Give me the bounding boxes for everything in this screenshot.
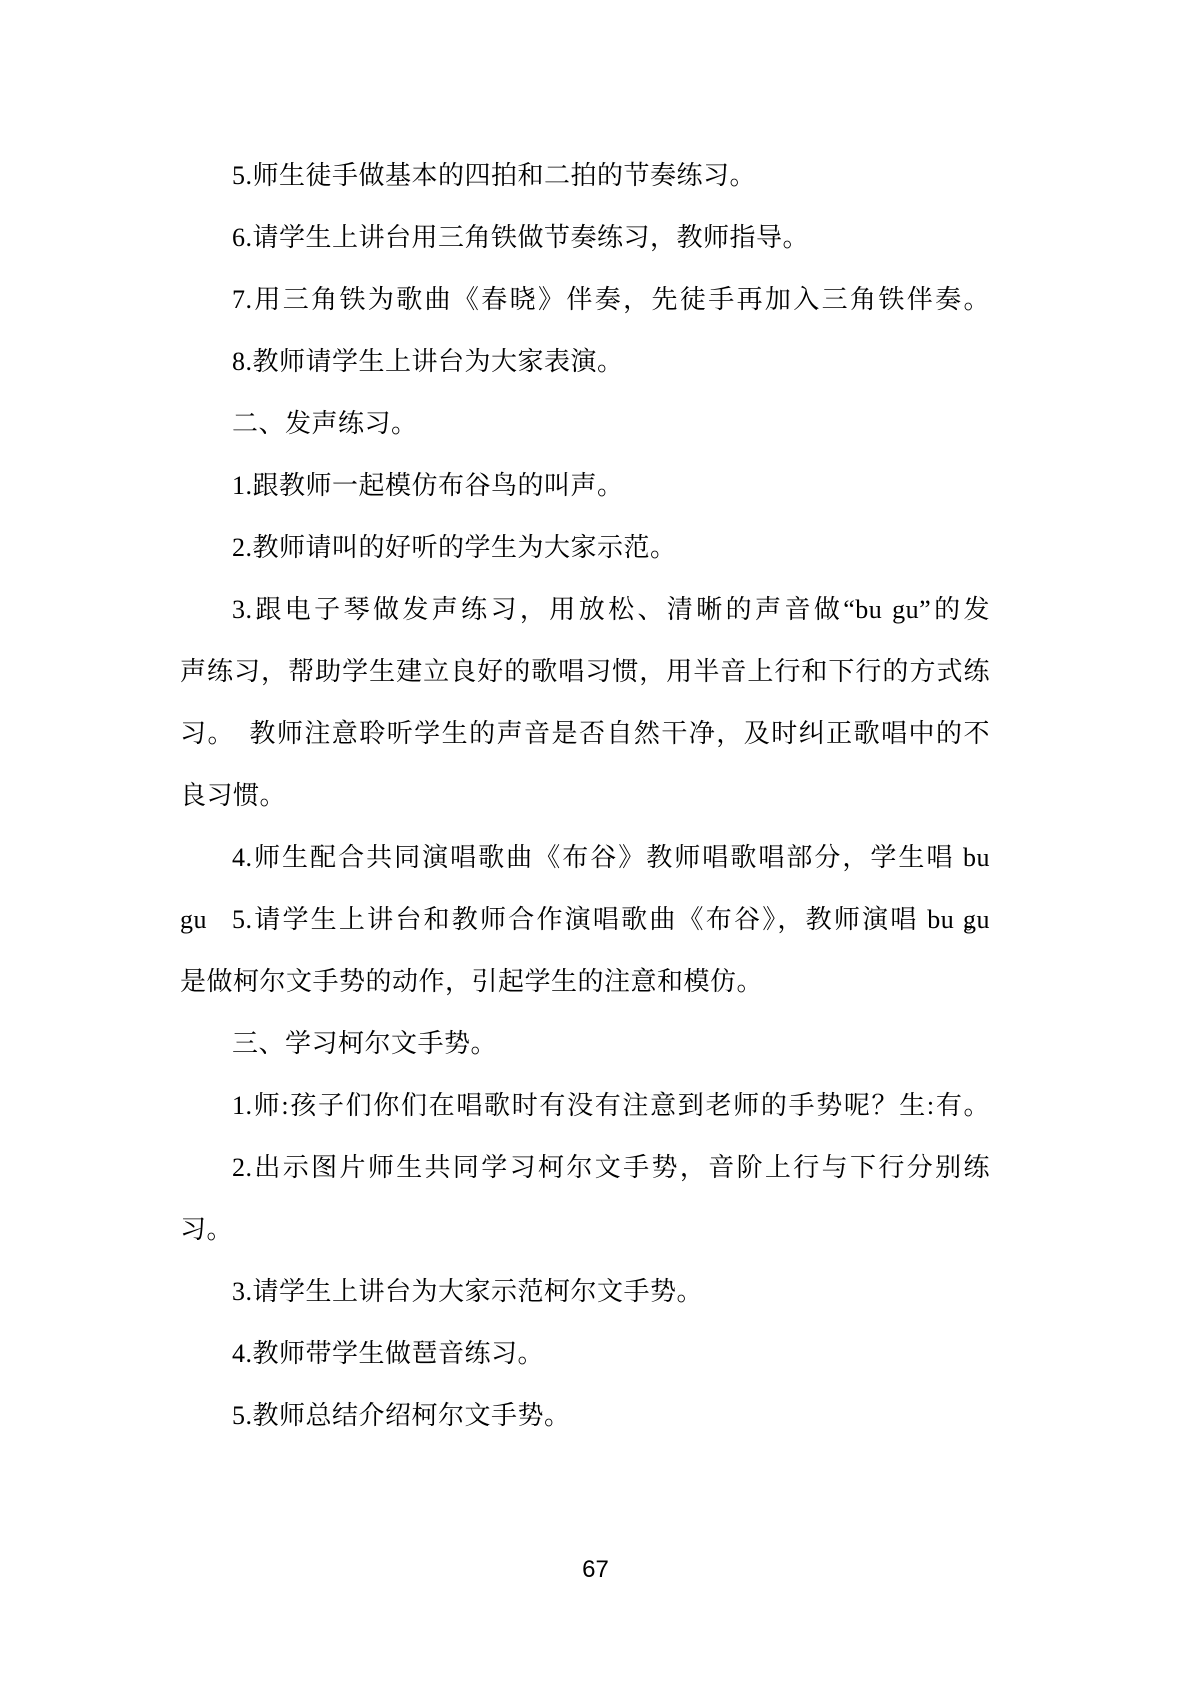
text-line: 7.用三角铁为歌曲《春晓》伴奏，先徒手再加入三角铁伴奏。	[180, 269, 990, 331]
text-line: 4.教师带学生做琶音练习。	[180, 1323, 990, 1385]
text-line: 5.请学生上讲台和教师合作演唱歌曲《布谷》，教师演唱 bu gu	[180, 889, 990, 951]
text-line: 1.跟教师一起模仿布谷鸟的叫声。	[180, 455, 990, 517]
text-line: 习。 教师注意聆听学生的声音是否自然干净，及时纠正歌唱中的不	[180, 703, 990, 765]
text-line: 2.教师请叫的好听的学生为大家示范。	[180, 517, 990, 579]
section-heading-line: 三、学习柯尔文手势。	[180, 1013, 990, 1075]
text-line: 1.师:孩子们你们在唱歌时有没有注意到老师的手势呢？生:有。	[180, 1075, 990, 1137]
text-line: 5.教师总结介绍柯尔文手势。	[180, 1385, 990, 1447]
text-line: 声练习，帮助学生建立良好的歌唱习惯，用半音上行和下行的方式练	[180, 641, 990, 703]
text-line: 习。	[180, 1199, 990, 1261]
document-body: 5.师生徒手做基本的四拍和二拍的节奏练习。 6.请学生上讲台用三角铁做节奏练习，…	[180, 145, 990, 1447]
text-line: 3.跟电子琴做发声练习，用放松、清晰的声音做“bu gu”的发	[180, 579, 990, 641]
text-line: 8.教师请学生上讲台为大家表演。	[180, 331, 990, 393]
text-line: 3.请学生上讲台为大家示范柯尔文手势。	[180, 1261, 990, 1323]
text-line: 5.师生徒手做基本的四拍和二拍的节奏练习。	[180, 145, 990, 207]
text-line: 6.请学生上讲台用三角铁做节奏练习，教师指导。	[180, 207, 990, 269]
text-line: 良习惯。	[180, 765, 990, 827]
text-line: 是做柯尔文手势的动作，引起学生的注意和模仿。	[180, 951, 990, 1013]
text-line: 4.师生配合共同演唱歌曲《布谷》教师唱歌唱部分，学生唱 bu gu。	[180, 827, 990, 889]
section-heading-line: 二、发声练习。	[180, 393, 990, 455]
document-page: 5.师生徒手做基本的四拍和二拍的节奏练习。 6.请学生上讲台用三角铁做节奏练习，…	[0, 0, 1191, 1684]
page-number: 67	[0, 1556, 1191, 1584]
text-line: 2.出示图片师生共同学习柯尔文手势，音阶上行与下行分别练	[180, 1137, 990, 1199]
